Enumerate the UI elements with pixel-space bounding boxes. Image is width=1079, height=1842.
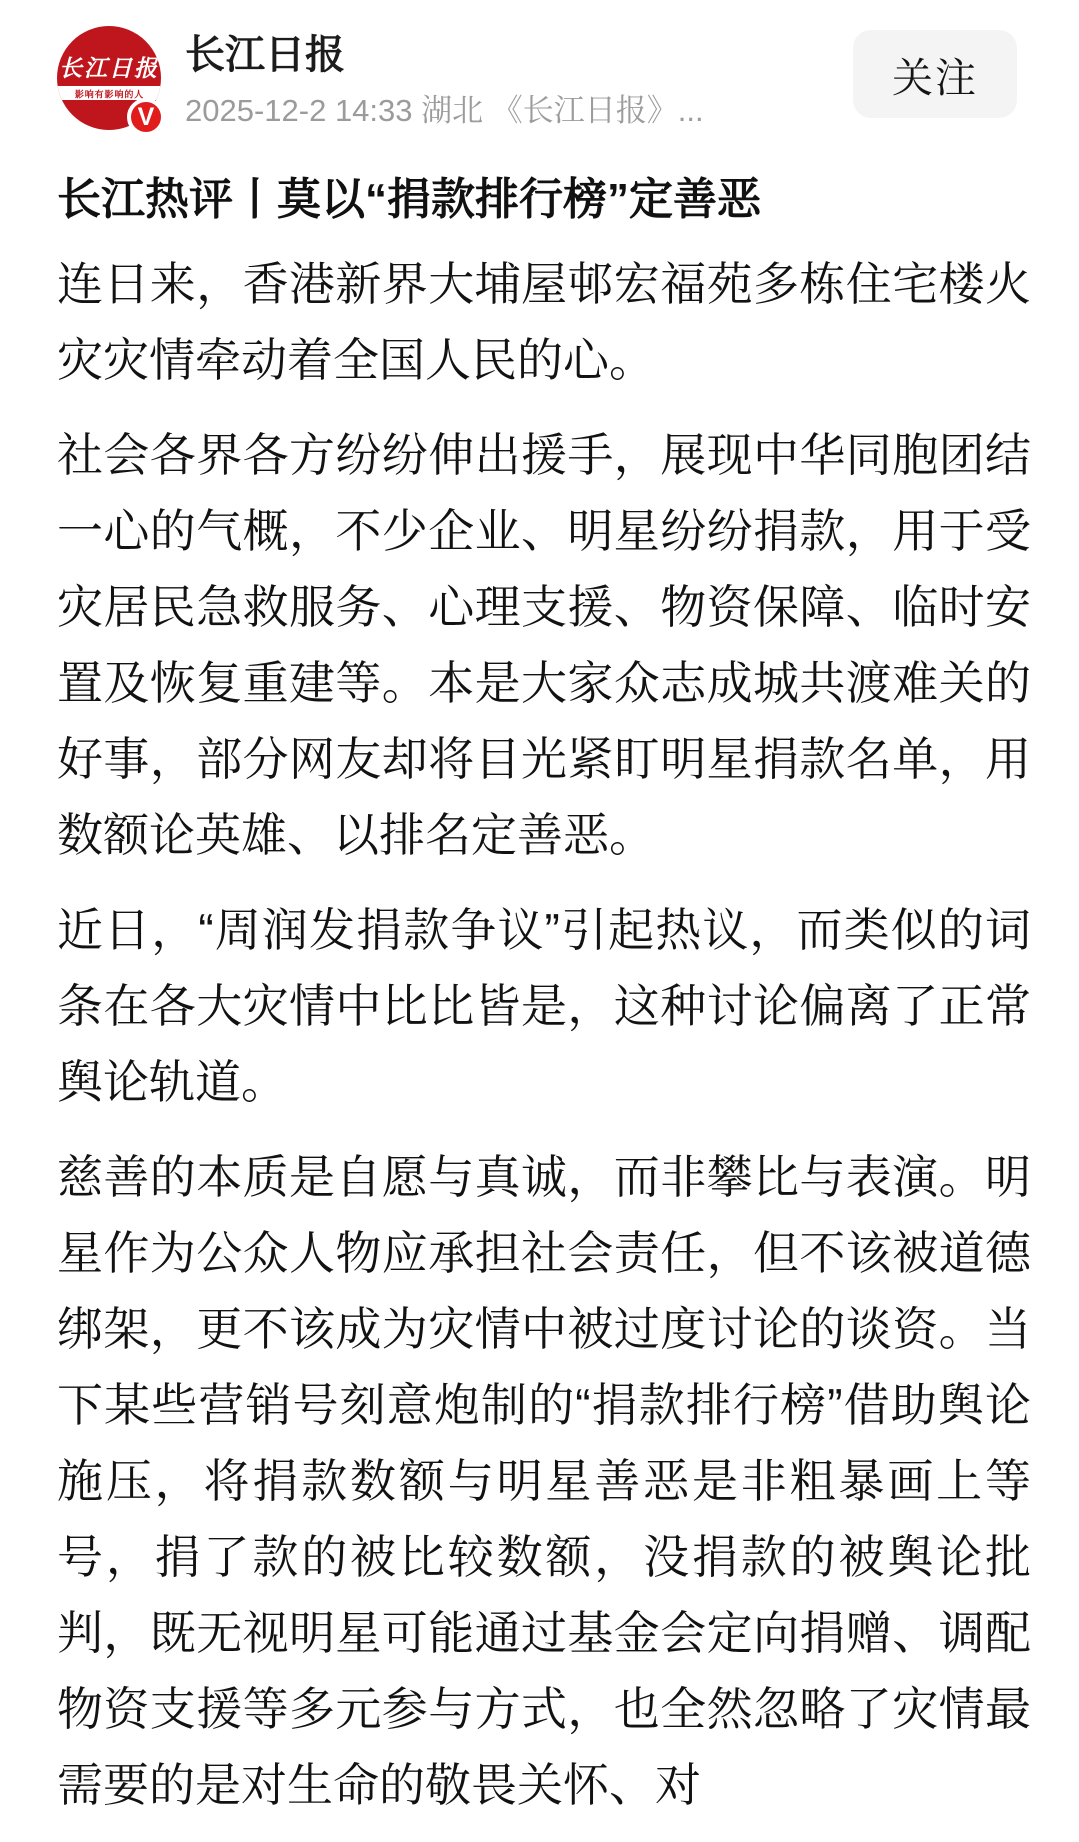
article-body: 连日来，香港新界大埔屋邨宏福苑多栋住宅楼火灾灾情牵动着全国人民的心。 社会各界各… bbox=[57, 246, 1031, 1823]
account-name[interactable]: 长江日报 bbox=[185, 30, 837, 80]
article: 长江热评丨莫以“捐款排行榜”定善恶 连日来，香港新界大埔屋邨宏福苑多栋住宅楼火灾… bbox=[0, 168, 1079, 1823]
follow-button[interactable]: 关注 bbox=[853, 30, 1017, 118]
article-paragraph: 社会各界各方纷纷伸出援手，展现中华同胞团结一心的气概，不少企业、明星纷纷捐款，用… bbox=[57, 417, 1031, 873]
avatar[interactable]: 长江日报 影响有影响的人 V bbox=[57, 26, 161, 130]
post-page: 长江日报 影响有影响的人 V 长江日报 2025-12-2 14:33 湖北 《… bbox=[0, 0, 1079, 1842]
article-title: 长江热评丨莫以“捐款排行榜”定善恶 bbox=[57, 168, 1031, 232]
avatar-slogan-text: 影响有影响的人 bbox=[74, 86, 143, 100]
article-paragraph: 近日，“周润发捐款争议”引起热议，而类似的词条在各大灾情中比比皆是，这种讨论偏离… bbox=[57, 892, 1031, 1120]
avatar-logo-text: 长江日报 bbox=[57, 50, 161, 83]
article-paragraph: 慈善的本质是自愿与真诚，而非攀比与表演。明星作为公众人物应承担社会责任，但不该被… bbox=[57, 1139, 1031, 1823]
post-header: 长江日报 影响有影响的人 V 长江日报 2025-12-2 14:33 湖北 《… bbox=[0, 0, 1079, 130]
verified-badge-icon: V bbox=[127, 98, 165, 136]
article-paragraph: 连日来，香港新界大埔屋邨宏福苑多栋住宅楼火灾灾情牵动着全国人民的心。 bbox=[57, 246, 1031, 398]
account-info: 长江日报 2025-12-2 14:33 湖北 《长江日报》... bbox=[185, 26, 837, 129]
post-meta: 2025-12-2 14:33 湖北 《长江日报》... bbox=[185, 92, 837, 129]
